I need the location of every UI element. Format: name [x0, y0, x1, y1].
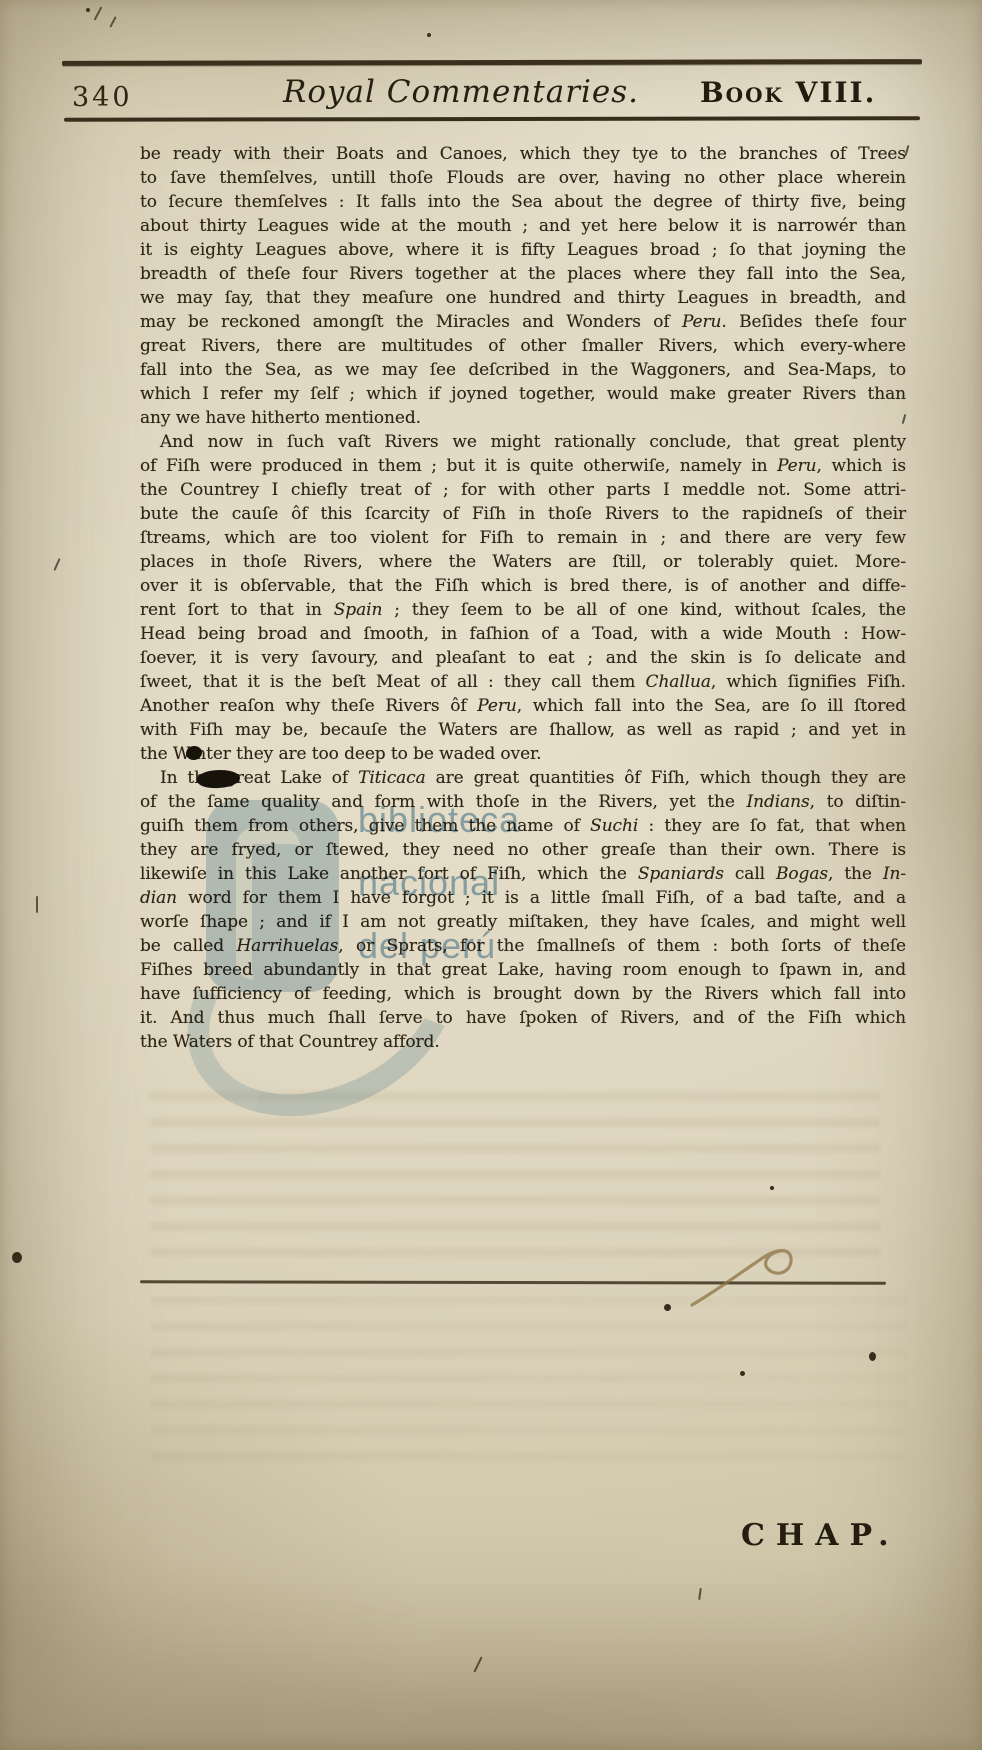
text-line: dian word for them I have forgot ; it is… [140, 886, 906, 910]
margin-mark [698, 1588, 702, 1600]
ink-speck [770, 1186, 774, 1190]
italic-text-segment: Titicaca [358, 768, 426, 788]
text-line: rent ſort to that in Spain ; they ſeem t… [140, 598, 906, 622]
ink-speck [740, 1371, 745, 1376]
text-segment: , which is [817, 456, 907, 476]
text-line: fall into the Sea, as we may ſee deſcrib… [140, 358, 906, 382]
pen-flourish-mark [688, 1243, 803, 1318]
text-line: Another reaſon why theſe Rivers ôf Peru,… [140, 694, 906, 718]
text-segment: to ſave themſelves, untill thoſe Flouds … [140, 168, 906, 188]
italic-text-segment: dian [140, 888, 177, 908]
italic-text-segment: Spain [334, 600, 383, 620]
running-title: Royal Commentaries. [283, 74, 639, 110]
text-segment: word for them I have forgot ; it is a li… [177, 888, 906, 908]
text-segment: ſtreams, which are too violent for Fiſh … [140, 528, 906, 548]
text-segment: may be reckoned amongſt the Miracles and… [140, 312, 682, 332]
text-segment: , the [828, 864, 883, 884]
text-segment: , to diſtin- [810, 792, 906, 812]
italic-text-segment: Spaniards [638, 864, 724, 884]
text-line: they are fryed, or ſtewed, they need no … [140, 838, 906, 862]
text-segment: fall into the Sea, as we may ſee deſcrib… [140, 360, 906, 380]
text-segment: Another reaſon why theſe Rivers ôf [140, 696, 477, 716]
text-line: have ſufficiency of feeding, which is br… [140, 982, 906, 1006]
text-line: ſweet, that it is the beſt Meat of all :… [140, 670, 906, 694]
text-line: it. And thus much ſhall ſerve to have ſp… [140, 1006, 906, 1030]
text-line: which I refer my ſelf ; which if joyned … [140, 382, 906, 406]
text-segment: it. And thus much ſhall ſerve to have ſp… [140, 1008, 906, 1028]
text-line: of Fiſh were produced in them ; but it i… [140, 454, 906, 478]
text-line: over it is obſervable, that the Fiſh whi… [140, 574, 906, 598]
chapter-catchword: CHAP. [741, 1518, 900, 1553]
italic-text-segment: Harrihuelas [236, 936, 338, 956]
text-line: of the ſame quality and form with thoſe … [140, 790, 906, 814]
text-segment: the Waters of that Countrey afford. [140, 1032, 440, 1052]
text-line: great Rivers, there are multitudes of ot… [140, 334, 906, 358]
italic-text-segment: Peru [477, 696, 516, 716]
margin-mark [94, 6, 103, 20]
text-line: Head being broad and ſmooth, in faſhion … [140, 622, 906, 646]
book-number: Book VIII. [700, 76, 876, 109]
margin-mark [109, 16, 116, 28]
text-segment: , or Sprats, for the ſmallneſs of them :… [338, 936, 906, 956]
text-segment: Fiſhes breed abundantly in that great La… [140, 960, 906, 980]
ink-speck [664, 1304, 671, 1311]
text-segment: Head being broad and ſmooth, in faſhion … [140, 624, 906, 644]
text-segment: call [724, 864, 776, 884]
italic-text-segment: Suchi [590, 816, 638, 836]
text-line: Fiſhes breed abundantly in that great La… [140, 958, 906, 982]
text-segment: places in thoſe Rivers, where the Waters… [140, 552, 906, 572]
text-segment: ; they ſeem to be all of one kind, witho… [382, 600, 906, 620]
text-segment: which I refer my ſelf ; which if joyned … [140, 384, 906, 404]
italic-text-segment: Bogas [776, 864, 828, 884]
header-rule [64, 116, 920, 121]
text-segment: are great quantities ôf Fiſh, which thou… [426, 768, 906, 788]
text-segment: In the great Lake of [160, 768, 358, 788]
text-segment: likewiſe in this Lake another ſort of Fi… [140, 864, 638, 884]
text-segment: we may ſay, that they meaſure one hundre… [140, 288, 906, 308]
text-line: places in thoſe Rivers, where the Waters… [140, 550, 906, 574]
text-segment: to ſecure themſelves : It falls into the… [140, 192, 906, 212]
bleedthrough-text-band [150, 1296, 908, 1464]
text-segment: And now in ſuch vaſt Rivers we might rat… [160, 432, 906, 452]
text-line: about thirty Leagues wide at the mouth ;… [140, 214, 906, 238]
text-line: any we have hitherto mentioned. [140, 406, 906, 430]
text-segment: great Rivers, there are multitudes of ot… [140, 336, 906, 356]
margin-mark [473, 1656, 482, 1672]
body-text: be ready with their Boats and Canoes, wh… [140, 142, 906, 1054]
bleedthrough-text-band [150, 1092, 880, 1264]
ink-speck [427, 33, 431, 37]
ink-speck [12, 1252, 22, 1263]
text-segment: over it is obſervable, that the Fiſh whi… [140, 576, 906, 596]
text-segment: guiſh them from others, give them the na… [140, 816, 590, 836]
text-segment: , which fall into the Sea, are ſo ill ſt… [517, 696, 906, 716]
text-line: bute the cauſe ôf this ſcarcity of Fiſh … [140, 502, 906, 526]
text-line: worſe ſhape ; and if I am not greatly mi… [140, 910, 906, 934]
text-segment: be called [140, 936, 236, 956]
text-line: And now in ſuch vaſt Rivers we might rat… [140, 430, 906, 454]
text-line: to ſecure themſelves : It falls into the… [140, 190, 906, 214]
text-segment: worſe ſhape ; and if I am not greatly mi… [140, 912, 906, 932]
text-line: breadth of theſe four Rivers together at… [140, 262, 906, 286]
text-segment: with Fiſh may be, becauſe the Waters are… [140, 720, 906, 740]
text-line: the Winter they are too deep to be waded… [140, 742, 906, 766]
text-segment: rent ſort to that in [140, 600, 334, 620]
text-line: with Fiſh may be, becauſe the Waters are… [140, 718, 906, 742]
text-line: guiſh them from others, give them the na… [140, 814, 906, 838]
margin-mark [53, 558, 60, 571]
text-segment: ſoever, it is very ſavoury, and pleaſant… [140, 648, 906, 668]
text-segment: , which ſignifies Fiſh. [711, 672, 906, 692]
text-line: the Countrey I chiefly treat of ; for wi… [140, 478, 906, 502]
text-segment: . Beſides theſe four [721, 312, 906, 332]
text-segment: have ſufficiency of feeding, which is br… [140, 984, 906, 1004]
text-segment: of the ſame quality and form with thoſe … [140, 792, 747, 812]
italic-text-segment: Peru [682, 312, 721, 332]
top-border-rule [62, 59, 922, 66]
text-segment: of Fiſh were produced in them ; but it i… [140, 456, 777, 476]
book-page-scan: 340 Royal Commentaries. Book VIII. be re… [0, 0, 982, 1750]
text-line: the Waters of that Countrey afford. [140, 1030, 906, 1054]
text-line: may be reckoned amongſt the Miracles and… [140, 310, 906, 334]
text-segment: breadth of theſe four Rivers together at… [140, 264, 906, 284]
text-segment: ſweet, that it is the beſt Meat of all :… [140, 672, 646, 692]
text-line: be called Harrihuelas, or Sprats, for th… [140, 934, 906, 958]
italic-text-segment: Peru [777, 456, 816, 476]
text-segment: about thirty Leagues wide at the mouth ;… [140, 216, 906, 236]
page-number: 340 [72, 82, 133, 113]
text-segment: be ready with their Boats and Canoes, wh… [140, 144, 906, 164]
text-segment: any we have hitherto mentioned. [140, 408, 421, 428]
text-line: In the great Lake of Titicaca are great … [140, 766, 906, 790]
text-line: likewiſe in this Lake another ſort of Fi… [140, 862, 906, 886]
text-segment: they are fryed, or ſtewed, they need no … [140, 840, 906, 860]
italic-text-segment: Challua [646, 672, 711, 692]
text-segment: the Countrey I chiefly treat of ; for wi… [140, 480, 906, 500]
italic-text-segment: In- [883, 864, 906, 884]
text-line: we may ſay, that they meaſure one hundre… [140, 286, 906, 310]
margin-mark [36, 896, 38, 913]
text-line: ſtreams, which are too violent for Fiſh … [140, 526, 906, 550]
text-segment: : they are ſo fat, that when [638, 816, 906, 836]
text-line: to ſave themſelves, untill thoſe Flouds … [140, 166, 906, 190]
italic-text-segment: Indians [747, 792, 810, 812]
text-segment: bute the cauſe ôf this ſcarcity of Fiſh … [140, 504, 906, 524]
text-segment: it is eighty Leagues above, where it is … [140, 240, 906, 260]
ink-speck [869, 1352, 876, 1361]
text-line: it is eighty Leagues above, where it is … [140, 238, 906, 262]
text-line: be ready with their Boats and Canoes, wh… [140, 142, 906, 166]
ink-speck [86, 8, 90, 12]
text-line: ſoever, it is very ſavoury, and pleaſant… [140, 646, 906, 670]
